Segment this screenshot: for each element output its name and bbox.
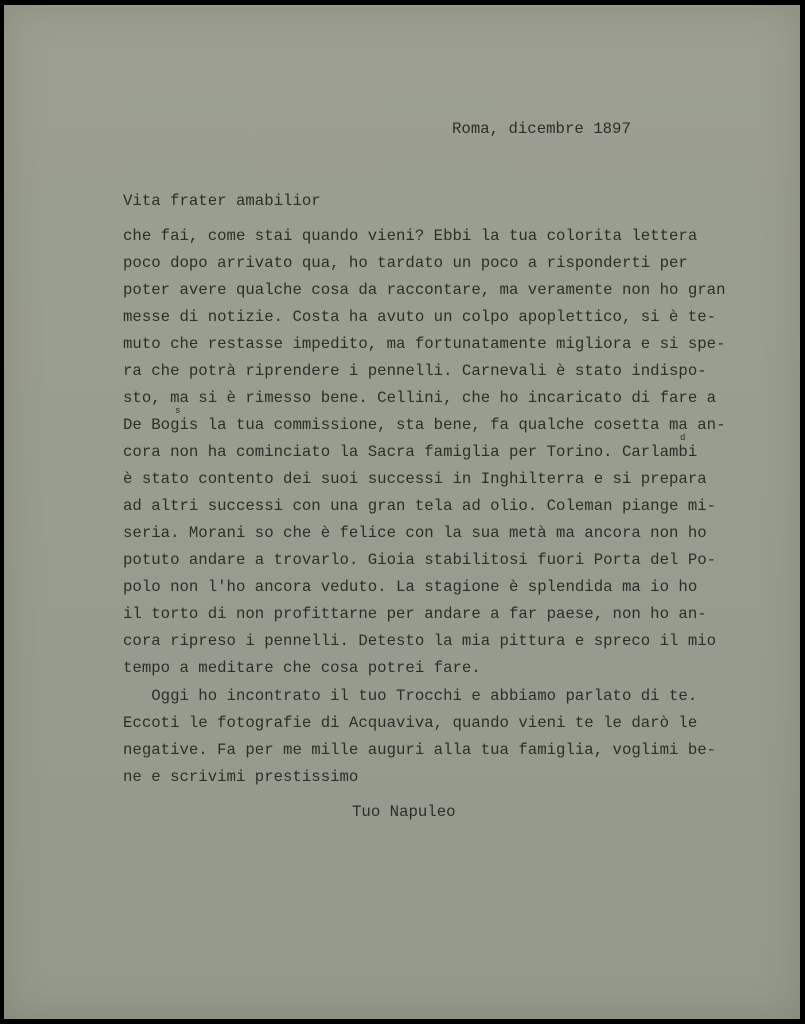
body-line: cora ripreso i pennelli. Detesto la mia … (123, 631, 716, 651)
body-line: potuto andare a trovarlo. Gioia stabilit… (123, 550, 716, 570)
body-line: poter avere qualche cosa da raccontare, … (123, 280, 726, 300)
body-line: negative. Fa per me mille auguri alla tu… (123, 740, 716, 760)
body-line: che fai, come stai quando vieni? Ebbi la… (123, 226, 697, 246)
letter-page: Roma, dicembre 1897 Vita frater amabilio… (4, 5, 800, 1019)
salutation: Vita frater amabilior (123, 191, 321, 211)
body-line: è stato contento dei suoi successi in In… (123, 469, 707, 489)
dateline: Roma, dicembre 1897 (452, 119, 631, 139)
body-line: sto, ma si è rimesso bene. Cellini, che … (123, 388, 716, 408)
body-line: poco dopo arrivato qua, ho tardato un po… (123, 253, 688, 273)
body-line: cora non ha cominciato la Sacra famiglia… (123, 442, 697, 462)
body-line: il torto di non profittarne per andare a… (123, 604, 707, 624)
body-line: Eccoti le fotografie di Acquaviva, quand… (123, 713, 697, 733)
signature: Tuo Napuleo (352, 802, 456, 822)
body-line: tempo a meditare che cosa potrei fare. (123, 658, 481, 678)
body-line: muto che restasse impedito, ma fortunata… (123, 334, 726, 354)
body-line: ad altri successi con una gran tela ad o… (123, 496, 716, 516)
body-line: De Bogis la tua commissione, sta bene, f… (123, 415, 726, 435)
body-line: ra che potrà riprendere i pennelli. Carn… (123, 361, 707, 381)
body-line: Oggi ho incontrato il tuo Trocchi e abbi… (123, 686, 697, 706)
body-line: ne e scrivimi prestissimo (123, 767, 358, 787)
body-line: messe di notizie. Costa ha avuto un colp… (123, 307, 716, 327)
body-line: polo non l'ho ancora veduto. La stagione… (123, 577, 697, 597)
body-line: seria. Morani so che è felice con la sua… (123, 523, 707, 543)
